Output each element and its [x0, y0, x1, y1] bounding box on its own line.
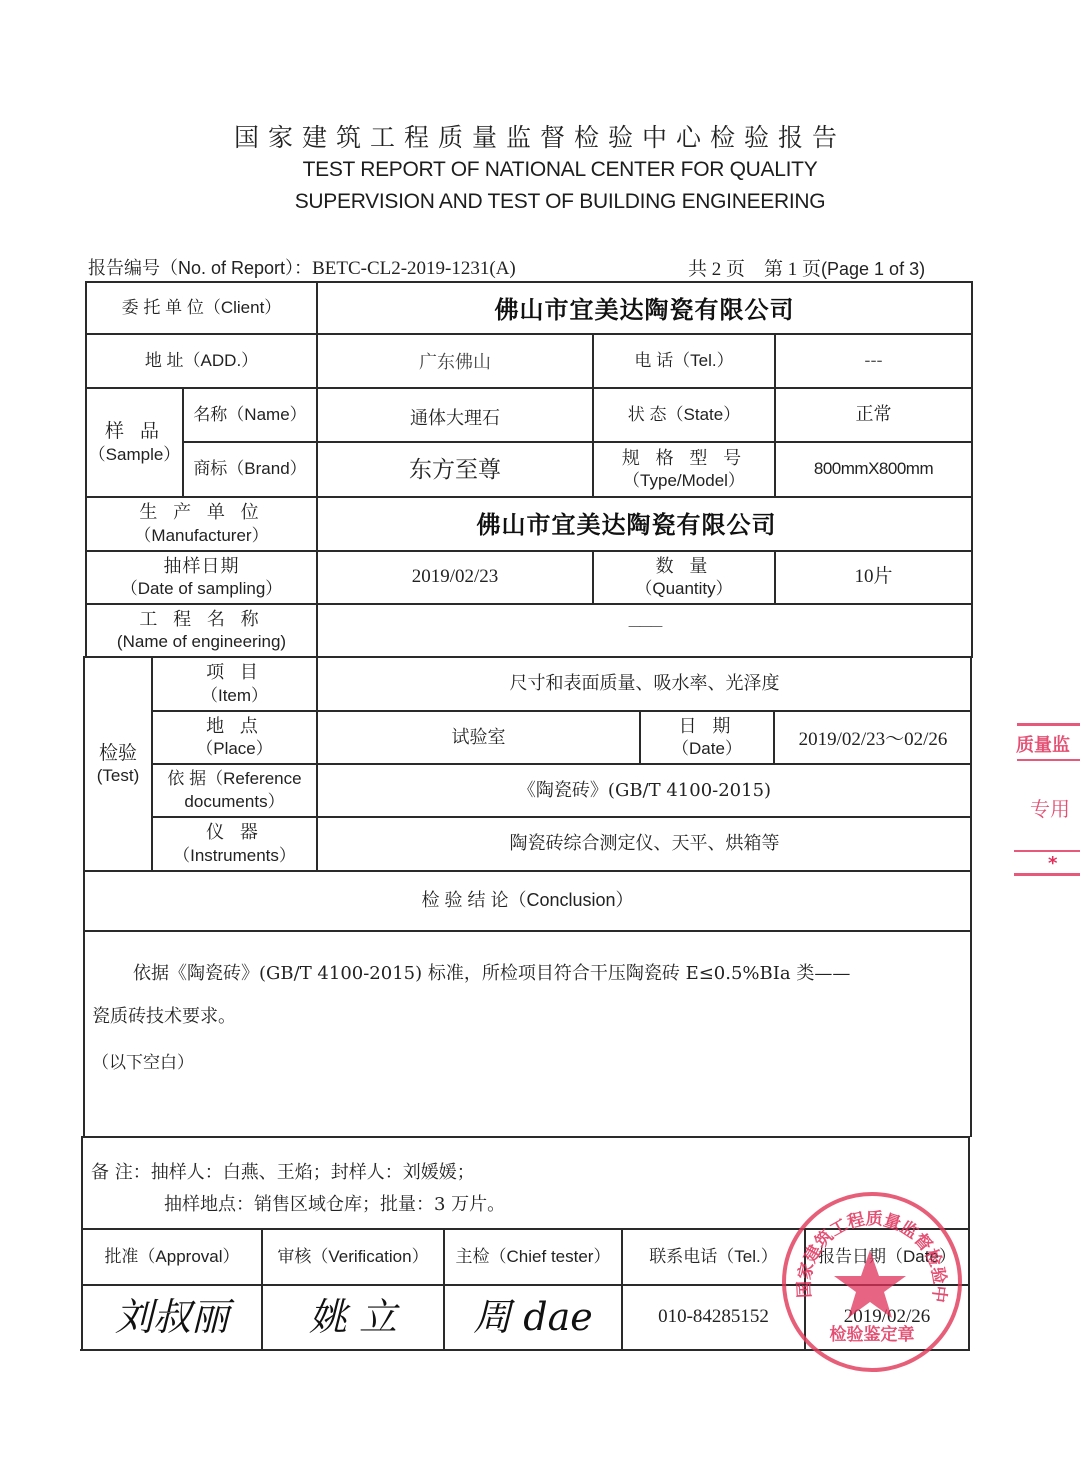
quantity-label-en: （Quantity）	[635, 578, 732, 600]
conclusion-line-1: 依据《陶瓷砖》(GB/T 4100-2015) 标准，所检项目符合干压陶瓷砖 E…	[133, 959, 850, 985]
sample-group-label: 样 品 （Sample）	[87, 389, 182, 496]
report-number-label: 报告编号（No. of Report）：	[88, 258, 312, 278]
report-title-en-line2: SUPERVISION AND TEST OF BUILDING ENGINEE…	[0, 190, 1080, 214]
tel-label: 电 话（Tel.）	[594, 335, 774, 387]
official-seal-stamp: 国家建筑工程质量监督检验中心 检验鉴定章	[782, 1192, 962, 1372]
test-item-label-cn: 项 目	[206, 661, 263, 684]
seal-ring-text-icon: 国家建筑工程质量监督检验中心	[782, 1192, 962, 1372]
test-instruments-label-en: （Instruments）	[173, 845, 296, 867]
test-item-label: 项 目 （Item）	[153, 658, 316, 710]
sampling-date-label-en: （Date of sampling）	[121, 578, 283, 600]
remarks-line-1: 抽样人：白燕、王焰；封样人：刘媛媛；	[151, 1162, 475, 1183]
remarks: 备 注：抽样人：白燕、王焰；封样人：刘媛媛；	[91, 1158, 475, 1184]
test-place-label: 地 点 （Place）	[153, 712, 316, 763]
client-label: 委 托 单 位（Client）	[87, 283, 316, 333]
engineering-label: 工 程 名 称 (Name of engineering)	[87, 605, 316, 656]
test-group-label: 检验 (Test)	[85, 658, 151, 870]
contact-tel-value: 010-84285152	[623, 1286, 804, 1349]
test-reference-label-line1: 依 据（Reference	[167, 768, 301, 791]
test-instruments-value: 陶瓷砖综合测定仪、天平、烘箱等	[318, 818, 971, 870]
verification-signature: 姚 立	[263, 1286, 443, 1349]
test-date-label: 日 期 （Date）	[641, 712, 773, 763]
sample-label-en: （Sample）	[89, 444, 181, 466]
contact-tel-header: 联系电话（Tel.）	[623, 1230, 804, 1284]
conclusion-header: 检 验 结 论（Conclusion）	[85, 872, 970, 930]
test-label-cn: 检验	[99, 741, 137, 766]
sampling-date-label: 抽样日期 （Date of sampling）	[87, 552, 316, 603]
client-label-text: 委 托 单 位（Client）	[122, 297, 282, 319]
conclusion-blank-note: （以下空白）	[92, 1048, 194, 1073]
page-info: 共 2 页 第 1 页(Page 1 of 3)	[688, 254, 925, 281]
test-reference-value: 《陶瓷砖》(GB/T 4100-2015)	[318, 765, 971, 816]
state-label: 状 态（State）	[594, 389, 774, 441]
test-place-label-en: （Place）	[196, 738, 273, 760]
seal-bottom-text: 检验鉴定章	[822, 1320, 922, 1345]
type-label-cn: 规 格 型 号	[622, 447, 746, 470]
test-place-value: 试验室	[318, 712, 639, 763]
test-reference-label: 依 据（Reference documents）	[153, 765, 316, 816]
verification-header: 审核（Verification）	[263, 1230, 443, 1284]
report-title-cn: 国家建筑工程质量监督检验中心检验报告	[0, 118, 1080, 154]
partial-stamp-asterisk-icon: *	[1048, 853, 1057, 874]
chief-tester-signature: 周 dae	[445, 1286, 621, 1349]
manufacturer-label-cn: 生 产 单 位	[139, 501, 263, 524]
brand-value: 东方至尊	[318, 443, 592, 498]
test-instruments-label: 仪 器 （Instruments）	[153, 818, 316, 870]
remarks-label: 备 注：	[91, 1162, 151, 1183]
manufacturer-value: 佛山市宜美达陶瓷有限公司	[300, 498, 953, 552]
report-number: 报告编号（No. of Report）：BETC-CL2-2019-1231(A…	[88, 254, 516, 280]
test-date-label-cn: 日 期	[679, 715, 736, 738]
client-value: 佛山市宜美达陶瓷有限公司	[318, 283, 971, 337]
brand-label: 商标（Brand）	[184, 443, 316, 496]
partial-stamp-top-text: 质量监	[1016, 731, 1070, 757]
report-number-value: BETC-CL2-2019-1231(A)	[312, 258, 516, 279]
test-place-label-cn: 地 点	[206, 715, 263, 738]
chief-tester-header: 主检（Chief tester）	[445, 1230, 621, 1284]
report-title-en-line1: TEST REPORT OF NATIONAL CENTER FOR QUALI…	[0, 158, 1080, 182]
test-date-label-en: （Date）	[672, 738, 742, 760]
page-info-en: (Page 1 of 3)	[821, 259, 925, 279]
address-label: 地 址（ADD.）	[87, 335, 316, 387]
test-item-label-en: （Item）	[201, 685, 268, 707]
quantity-value: 10片	[776, 552, 971, 603]
sample-label-cn: 样 品	[105, 419, 164, 444]
test-instruments-label-cn: 仪 器	[206, 821, 263, 844]
type-value: 800mmX800mm	[776, 443, 971, 496]
state-value: 正常	[776, 389, 971, 441]
sampling-date-value: 2019/02/23	[318, 552, 592, 603]
engineering-label-en: (Name of engineering)	[117, 631, 286, 653]
test-reference-label-line2: documents）	[184, 791, 284, 814]
approval-header: 批准（Approval）	[83, 1230, 261, 1284]
test-date-value: 2019/02/23～02/26	[775, 712, 971, 768]
test-label-en: (Test)	[97, 765, 140, 787]
address-value: 广东佛山	[318, 337, 592, 389]
type-label: 规 格 型 号 （Type/Model）	[594, 443, 774, 496]
conclusion-line-2: 瓷质砖技术要求。	[92, 1002, 236, 1028]
engineering-label-cn: 工 程 名 称	[139, 608, 263, 631]
remarks-line-2: 抽样地点：销售区域仓库；批量：3 万片。	[164, 1190, 505, 1216]
partial-stamp-mid-text: 专用	[1030, 793, 1070, 822]
sample-name-label: 名称（Name）	[184, 389, 316, 441]
seal-star-icon	[834, 1250, 906, 1318]
quantity-label-cn: 数 量	[656, 555, 713, 578]
manufacturer-label: 生 产 单 位 （Manufacturer）	[87, 498, 316, 550]
partial-seam-stamp: 质量监 专用 *	[1012, 715, 1080, 880]
quantity-label: 数 量 （Quantity）	[594, 552, 774, 603]
sampling-date-label-cn: 抽样日期	[164, 555, 240, 578]
test-item-value: 尺寸和表面质量、吸水率、光泽度	[318, 658, 971, 710]
page-info-cn: 共 2 页 第 1 页	[688, 259, 821, 280]
sample-name-value: 通体大理石	[318, 393, 592, 445]
tel-value: ---	[776, 335, 971, 387]
type-label-en: （Type/Model）	[623, 470, 745, 492]
approval-signature: 刘叔丽	[83, 1286, 261, 1349]
manufacturer-label-en: （Manufacturer）	[134, 525, 268, 547]
engineering-value: ———	[318, 605, 971, 650]
